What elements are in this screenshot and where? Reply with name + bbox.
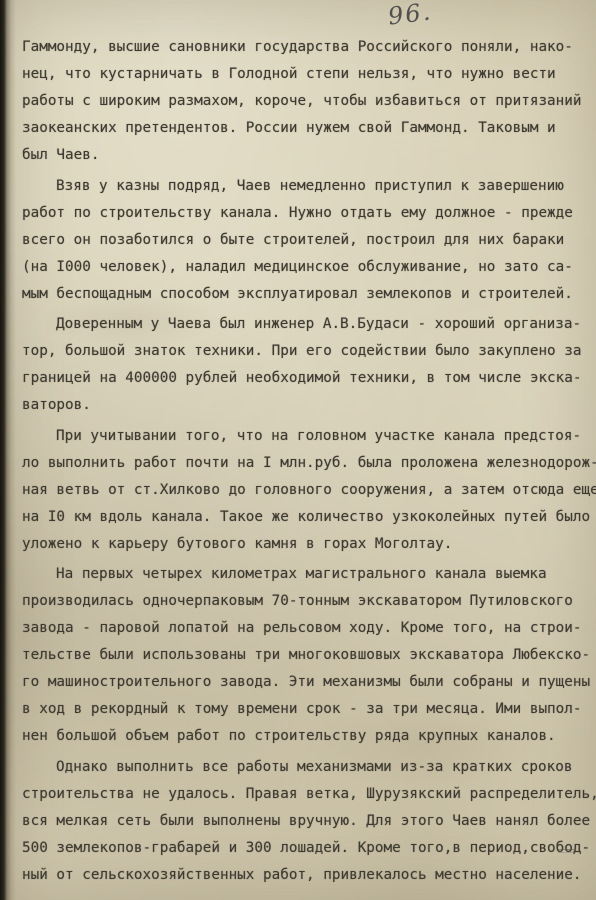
text-line: нец, что кустарничать в Голодной степи н… bbox=[22, 61, 584, 88]
text-line: ваторов. bbox=[22, 392, 584, 419]
text-line: Доверенным у Чаева был инженер А.В.Будас… bbox=[22, 311, 584, 338]
text-line: ло выполнить работ почти на I млн.руб. б… bbox=[22, 450, 584, 477]
margin-pencil-mark bbox=[558, 849, 576, 853]
text-line: го машиностроительного завода. Эти механ… bbox=[22, 669, 584, 696]
text-line: тельстве были использованы три многоковш… bbox=[22, 642, 584, 669]
document-page: 96. Гаммонду, высшие сановники государст… bbox=[0, 0, 596, 900]
text-line: 500 землекопов-грабарей и 300 лошадей. К… bbox=[22, 835, 584, 862]
text-line: был Чаев. bbox=[22, 142, 584, 169]
text-line: На первых четырех километрах магистральн… bbox=[22, 561, 584, 588]
typewritten-text: Гаммонду, высшие сановники государства Р… bbox=[22, 34, 584, 892]
text-line: ная ветвь от ст.Хилково до головного соо… bbox=[22, 477, 584, 504]
paragraph-3: Доверенным у Чаева был инженер А.В.Будас… bbox=[22, 311, 584, 419]
text-line: При учитывании того, что на головном уча… bbox=[22, 423, 584, 450]
paragraph-2: Взяв у казны подряд, Чаев немедленно при… bbox=[22, 173, 584, 308]
text-line: вся мелкая сеть были выполнены вручную. … bbox=[22, 808, 584, 835]
text-line: в ход в рекордный к тому времени срок - … bbox=[22, 696, 584, 723]
text-line: ный от сельскохозяйственных работ, привл… bbox=[22, 862, 584, 889]
paragraph-6: Однако выполнить все работы механизмами … bbox=[22, 754, 584, 889]
text-line: Взяв у казны подряд, Чаев немедленно при… bbox=[22, 173, 584, 200]
text-line: заокеанских претендентов. России нужем с… bbox=[22, 115, 584, 142]
text-line: Однако выполнить все работы механизмами … bbox=[22, 754, 584, 781]
text-line: производилась одночерпаковым 70-тонным э… bbox=[22, 588, 584, 615]
text-line: на I0 км вдоль канала. Такое же количест… bbox=[22, 504, 584, 531]
text-line: (на I000 человек), наладил медицинское о… bbox=[22, 254, 584, 281]
text-line: нен большой объем работ по строительству… bbox=[22, 723, 584, 750]
text-line: работ по строительству канала. Нужно отд… bbox=[22, 200, 584, 227]
text-line: уложено к карьеру бутового камня в горах… bbox=[22, 531, 584, 558]
text-line: строительства не удалось. Правая ветка, … bbox=[22, 781, 584, 808]
paragraph-1: Гаммонду, высшие сановники государства Р… bbox=[22, 34, 584, 169]
text-line: границей на 400000 рублей необходимой те… bbox=[22, 365, 584, 392]
page-binding-shadow bbox=[0, 0, 16, 900]
text-line: завода - паровой лопатой на рельсовом хо… bbox=[22, 615, 584, 642]
text-line: тор, большой знаток техники. При его сод… bbox=[22, 338, 584, 365]
text-line: Гаммонду, высшие сановники государства Р… bbox=[22, 34, 584, 61]
handwritten-page-number: 96. bbox=[386, 0, 433, 31]
text-line: всего он позаботился о быте строителей, … bbox=[22, 227, 584, 254]
paragraph-4: При учитывании того, что на головном уча… bbox=[22, 423, 584, 558]
paragraph-5: На первых четырех километрах магистральн… bbox=[22, 561, 584, 750]
text-line: мым беспощадным способом эксплуатировал … bbox=[22, 281, 584, 308]
text-line: работы с широким размахом, короче, чтобы… bbox=[22, 88, 584, 115]
